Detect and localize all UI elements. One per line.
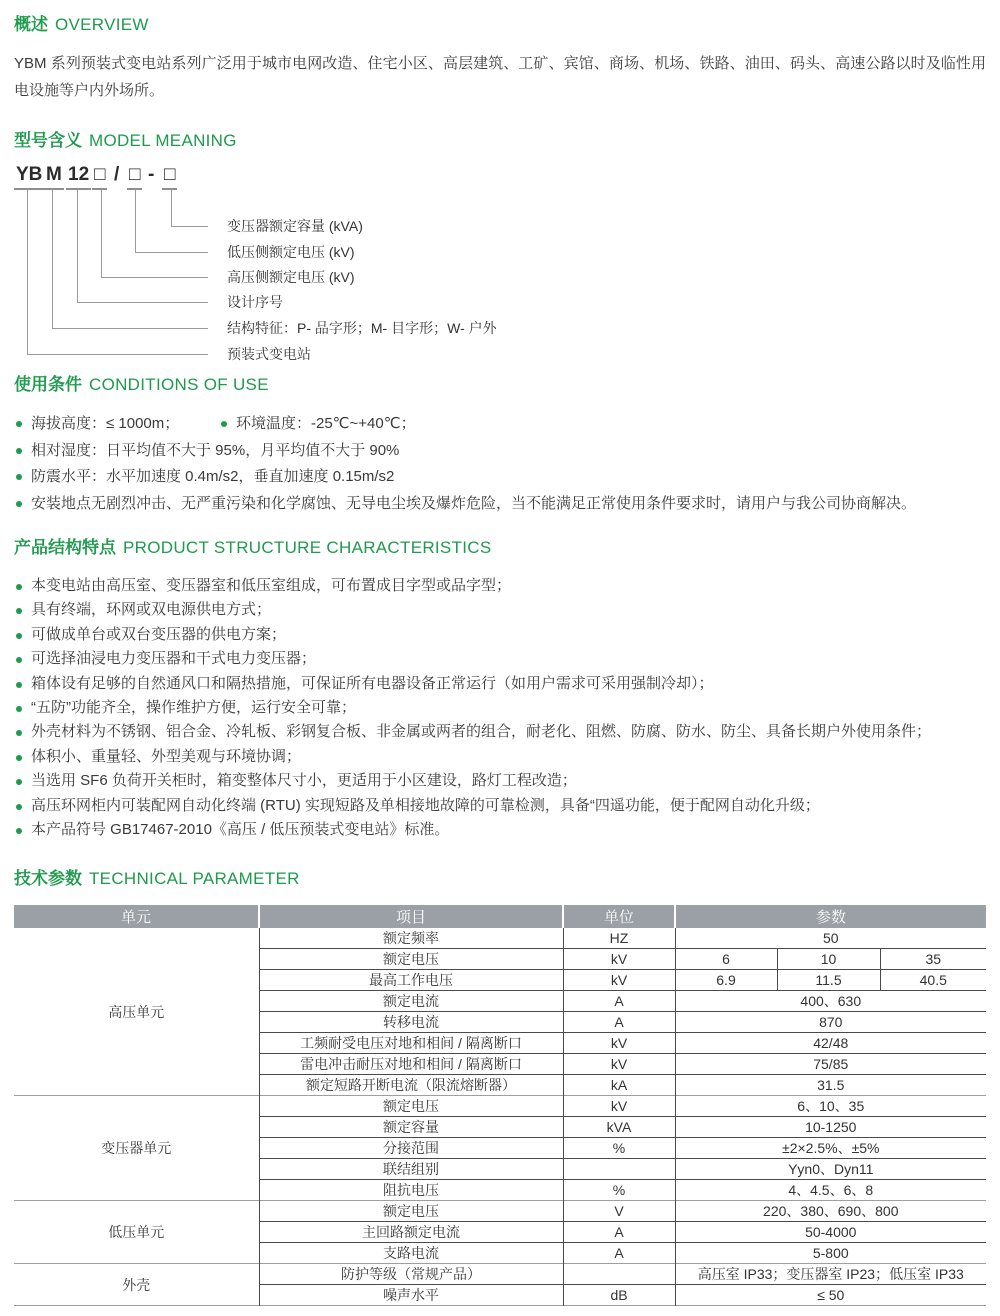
bullet-icon [16, 474, 22, 480]
structure-list: 本变电站由高压室、变压器室和低压室组成，可布置成目字型或品字型；具有终端，环网或… [14, 574, 986, 842]
model-code-segment: M [44, 163, 64, 190]
list-item-text: 本变电站由高压室、变压器室和低压室组成，可布置成目字型或品字型； [31, 577, 511, 594]
table-header-parameter: 参数 [675, 905, 986, 928]
list-item-text: 安装地点无剧烈冲击、无严重污染和化学腐蚀、无导电尘埃及爆炸危险，当不能满足正常使… [31, 495, 916, 512]
list-item-text: 本产品符号 GB17467-2010《高压 / 低压预装式变电站》标准。 [31, 821, 449, 838]
table-cell-item: 工频耐受电压对地和相间 / 隔离断口 [259, 1033, 563, 1054]
list-item: 外壳材料为不锈钢、铝合金、冷轧板、彩钢复合板、非金属或两者的组合，耐老化、阻燃、… [14, 720, 986, 744]
table-row: 外壳防护等级（常规产品）高压室 IP33；变压器室 IP23；低压室 IP33 [14, 1264, 986, 1285]
model-code-segment: / [114, 163, 119, 187]
list-item-text: 相对湿度：日平均值不大于 95%，月平均值不大于 90% [31, 442, 399, 459]
model-label: 低压侧额定电压 (kV) [227, 243, 355, 261]
table-header-measure: 单位 [563, 905, 675, 928]
list-item: 环境温度：-25℃~+40℃； [219, 411, 416, 438]
list-item: 具有终端，环网或双电源供电方式； [14, 598, 986, 622]
table-cell-item: 额定频率 [259, 928, 563, 949]
table-header-row: 单元 项目 单位 参数 [14, 905, 986, 928]
table-cell-unit-group: 低压单元 [14, 1201, 259, 1264]
table-cell-value: 50-4000 [675, 1222, 986, 1243]
table-cell-value: 31.5 [675, 1075, 986, 1096]
list-item-text: 外壳材料为不锈钢、铝合金、冷轧板、彩钢复合板、非金属或两者的组合，耐老化、阻燃、… [31, 723, 931, 740]
structure-heading: 产品结构特点PRODUCT STRUCTURE CHARACTERISTICS [14, 537, 986, 559]
list-item-text: 具有终端，环网或双电源供电方式； [31, 601, 271, 618]
model-code-segment: YB [14, 163, 44, 190]
bullet-icon [16, 608, 22, 614]
list-item-text: 体积小、重量轻、外型美观与环境协调； [31, 748, 301, 765]
table-cell-measure [563, 1159, 675, 1180]
table-cell-value: 50 [675, 928, 986, 949]
table-cell-item: 最高工作电压 [259, 970, 563, 991]
model-code-segment: □ [162, 163, 177, 190]
bullet-icon [16, 657, 22, 663]
table-cell-item: 主回路额定电流 [259, 1222, 563, 1243]
list-item-text: 高压环网柜内可装配网自动化终端 (RTU) 实现短路及单相接地故障的可靠检测，具… [31, 797, 820, 814]
bullet-icon [16, 501, 22, 507]
overview-paragraph: YBM 系列预装式变电站系列广泛用于城市电网改造、住宅小区、高层建筑、工矿、宾馆… [14, 50, 986, 104]
table-cell-value: 400、630 [675, 991, 986, 1012]
table-cell-value: Yyn0、Dyn11 [675, 1159, 986, 1180]
table-cell-measure: A [563, 1243, 675, 1264]
table-cell-value: 11.5 [777, 970, 880, 991]
list-item: 本产品符号 GB17467-2010《高压 / 低压预装式变电站》标准。 [14, 818, 986, 842]
table-row: 变压器单元额定电压kV6、10、35 [14, 1096, 986, 1117]
parameters-heading: 技术参数TECHNICAL PARAMETER [14, 868, 986, 890]
table-cell-value: 高压室 IP33；变压器室 IP23；低压室 IP33 [675, 1264, 986, 1285]
table-cell-item: 噪声水平 [259, 1285, 563, 1306]
model-label: 变压器额定容量 (kVA) [227, 217, 363, 235]
bullet-icon [16, 755, 22, 761]
table-cell-value: 220、380、690、800 [675, 1201, 986, 1222]
table-cell-value: 6 [675, 949, 777, 970]
list-item: 本变电站由高压室、变压器室和低压室组成，可布置成目字型或品字型； [14, 574, 986, 598]
list-item: 防震水平：水平加速度 0.4m/s2，垂直加速度 0.15m/s2 [14, 464, 986, 491]
table-cell-measure: kV [563, 1096, 675, 1117]
bullet-icon [16, 682, 22, 688]
list-item: 可做成单台或双台变压器的供电方案； [14, 623, 986, 647]
list-item: 海拔高度：≤ 1000m； [14, 411, 219, 438]
list-item: 高压环网柜内可装配网自动化终端 (RTU) 实现短路及单相接地故障的可靠检测，具… [14, 794, 986, 818]
list-item-text: 箱体设有足够的自然通风口和隔热措施，可保证所有电器设备正常运行（如用户需求可采用… [31, 675, 714, 692]
table-cell-measure: V [563, 1201, 675, 1222]
model-meaning-heading: 型号含义MODEL MEANING [14, 130, 986, 152]
connector-line [27, 190, 208, 355]
table-cell-item: 额定短路开断电流（限流熔断器） [259, 1075, 563, 1096]
table-cell-value: 42/48 [675, 1033, 986, 1054]
bullet-icon [16, 828, 22, 834]
table-cell-measure: % [563, 1180, 675, 1201]
table-cell-measure: A [563, 1222, 675, 1243]
table-cell-measure: kV [563, 1033, 675, 1054]
table-cell-item: 支路电流 [259, 1243, 563, 1264]
table-cell-value: 4、4.5、6、8 [675, 1180, 986, 1201]
bullet-icon [221, 421, 227, 427]
table-cell-value: 35 [880, 949, 986, 970]
list-item: 安装地点无剧烈冲击、无严重污染和化学腐蚀、无导电尘埃及爆炸危险，当不能满足正常使… [14, 491, 986, 518]
model-code-segment: □ [92, 163, 107, 190]
list-item-text: 海拔高度：≤ 1000m； [31, 415, 179, 432]
table-cell-value: 40.5 [880, 970, 986, 991]
list-item-text: 可做成单台或双台变压器的供电方案； [31, 626, 286, 643]
table-cell-item: 额定电流 [259, 991, 563, 1012]
list-item: 体积小、重量轻、外型美观与环境协调； [14, 745, 986, 769]
model-code-segment: □ [127, 163, 142, 190]
table-cell-item: 阻抗电压 [259, 1180, 563, 1201]
structure-heading-en: PRODUCT STRUCTURE CHARACTERISTICS [123, 538, 492, 557]
table-cell-measure: kV [563, 1054, 675, 1075]
table-cell-unit-group: 高压单元 [14, 928, 259, 1096]
table-cell-measure: kA [563, 1075, 675, 1096]
list-item: “五防”功能齐全，操作维护方便，运行安全可靠； [14, 696, 986, 720]
model-code-diagram: YBM12□/□-□变压器额定容量 (kVA)低压侧额定电压 (kV)高压侧额定… [14, 160, 986, 374]
model-label: 预装式变电站 [227, 345, 311, 363]
table-cell-item: 额定容量 [259, 1117, 563, 1138]
conditions-list: 海拔高度：≤ 1000m； 环境温度：-25℃~+40℃； 相对湿度：日平均值不… [14, 411, 986, 517]
table-cell-value: 6.9 [675, 970, 777, 991]
bullet-icon [16, 804, 22, 810]
bullet-icon [16, 779, 22, 785]
table-cell-measure: dB [563, 1285, 675, 1306]
conditions-items: 相对湿度：日平均值不大于 95%，月平均值不大于 90%防震水平：水平加速度 0… [14, 438, 986, 518]
table-cell-item: 额定电压 [259, 1201, 563, 1222]
table-cell-item: 额定电压 [259, 1096, 563, 1117]
overview-heading-en: OVERVIEW [55, 15, 149, 34]
table-cell-value: 10 [777, 949, 880, 970]
table-cell-value: ±2×2.5%、±5% [675, 1138, 986, 1159]
bullet-icon [16, 448, 22, 454]
list-item: 可选择油浸电力变压器和干式电力变压器； [14, 647, 986, 671]
table-row: 低压单元额定电压V220、380、690、800 [14, 1201, 986, 1222]
table-cell-unit-group: 变压器单元 [14, 1096, 259, 1201]
list-item-text: 当选用 SF6 负荷开关柜时，箱变整体尺寸小，更适用于小区建设，路灯工程改造； [31, 772, 577, 789]
table-header-unit-group: 单元 [14, 905, 259, 928]
table-cell-item: 分接范围 [259, 1138, 563, 1159]
table-cell-value: ≤ 50 [675, 1285, 986, 1306]
table-cell-item: 转移电流 [259, 1012, 563, 1033]
model-code-segment: 12 [66, 163, 91, 190]
table-cell-measure: kVA [563, 1117, 675, 1138]
parameters-heading-en: TECHNICAL PARAMETER [89, 869, 300, 888]
bullet-icon [16, 421, 22, 427]
parameters-heading-zh: 技术参数 [14, 869, 82, 888]
table-cell-item: 联结组别 [259, 1159, 563, 1180]
technical-parameter-table: 单元 项目 单位 参数 高压单元额定频率HZ50额定电压kV61035最高工作电… [14, 905, 986, 1306]
table-cell-measure: kV [563, 970, 675, 991]
structure-heading-zh: 产品结构特点 [14, 538, 116, 557]
list-item: 相对湿度：日平均值不大于 95%，月平均值不大于 90% [14, 438, 986, 465]
conditions-heading-zh: 使用条件 [14, 375, 82, 394]
overview-heading: 概述OVERVIEW [14, 14, 986, 36]
bullet-icon [16, 706, 22, 712]
table-cell-unit-group: 外壳 [14, 1264, 259, 1306]
bullet-icon [16, 730, 22, 736]
conditions-row: 海拔高度：≤ 1000m； 环境温度：-25℃~+40℃； [14, 411, 986, 438]
model-label: 设计序号 [227, 293, 283, 311]
table-cell-value: 5-800 [675, 1243, 986, 1264]
list-item-text: 防震水平：水平加速度 0.4m/s2，垂直加速度 0.15m/s2 [31, 468, 394, 485]
table-row: 高压单元额定频率HZ50 [14, 928, 986, 949]
table-cell-measure: HZ [563, 928, 675, 949]
table-cell-measure: kV [563, 949, 675, 970]
list-item-text: “五防”功能齐全，操作维护方便，运行安全可靠； [31, 699, 356, 716]
model-label: 结构特征：P- 品字形；M- 目字形；W- 户外 [227, 319, 497, 337]
table-cell-value: 75/85 [675, 1054, 986, 1075]
model-code-segment: - [148, 163, 154, 187]
table-cell-value: 6、10、35 [675, 1096, 986, 1117]
table-cell-item: 防护等级（常规产品） [259, 1264, 563, 1285]
table-cell-item: 额定电压 [259, 949, 563, 970]
table-cell-measure [563, 1264, 675, 1285]
conditions-heading-en: CONDITIONS OF USE [89, 375, 269, 394]
list-item: 箱体设有足够的自然通风口和隔热措施，可保证所有电器设备正常运行（如用户需求可采用… [14, 672, 986, 696]
list-item: 当选用 SF6 负荷开关柜时，箱变整体尺寸小，更适用于小区建设，路灯工程改造； [14, 769, 986, 793]
model-label: 高压侧额定电压 (kV) [227, 268, 355, 286]
model-meaning-heading-en: MODEL MEANING [89, 131, 237, 150]
table-cell-measure: % [563, 1138, 675, 1159]
table-cell-item: 雷电冲击耐压对地和相间 / 隔离断口 [259, 1054, 563, 1075]
list-item-text: 环境温度：-25℃~+40℃； [236, 415, 416, 432]
bullet-icon [16, 584, 22, 590]
conditions-heading: 使用条件CONDITIONS OF USE [14, 374, 986, 396]
table-cell-value: 870 [675, 1012, 986, 1033]
document-page: 概述OVERVIEW YBM 系列预装式变电站系列广泛用于城市电网改造、住宅小区… [0, 0, 1000, 1316]
overview-heading-zh: 概述 [14, 15, 48, 34]
table-cell-value: 10-1250 [675, 1117, 986, 1138]
table-header-item: 项目 [259, 905, 563, 928]
list-item-text: 可选择油浸电力变压器和干式电力变压器； [31, 650, 316, 667]
table-cell-measure: A [563, 1012, 675, 1033]
table-cell-measure: A [563, 991, 675, 1012]
model-meaning-heading-zh: 型号含义 [14, 131, 82, 150]
bullet-icon [16, 633, 22, 639]
